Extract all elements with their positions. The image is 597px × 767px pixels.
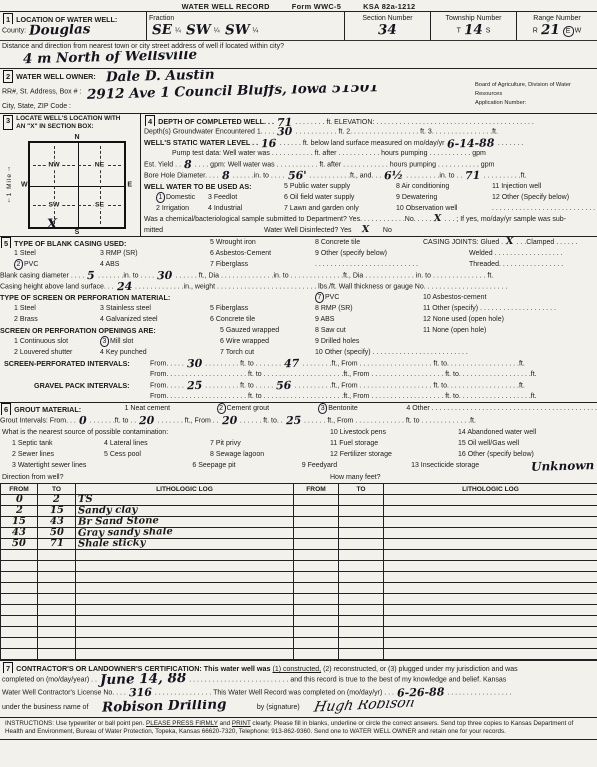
well-x-mark: X bbox=[47, 218, 57, 231]
contamination-option: 1 Septic tank bbox=[0, 438, 104, 449]
contamination-option: 12 Fertilizer storage bbox=[330, 449, 458, 460]
section-5-number: 5 bbox=[1, 237, 11, 248]
fraction-label: Fraction bbox=[149, 15, 174, 22]
screen-pvc-circled: 7 bbox=[315, 292, 324, 303]
form-title: WATER WELL RECORD bbox=[182, 2, 270, 11]
use-option: 4 Industrial bbox=[208, 203, 284, 214]
log-from: 43 bbox=[12, 528, 26, 538]
use-option: 6 Oil field water supply bbox=[284, 192, 396, 203]
casing-option: 9 Other (specify below) bbox=[315, 248, 423, 259]
est-yield-label: Est. Yield . . bbox=[144, 161, 181, 168]
certification-text-4: . . . . . . . . . . . . . . . . . bbox=[447, 689, 511, 696]
casing-diameter-value: 5 bbox=[87, 270, 95, 281]
township-label: Township Number bbox=[445, 15, 501, 22]
use-option: 9 Dewatering bbox=[396, 192, 492, 203]
table-row bbox=[1, 572, 597, 583]
bore-mid-2: . . . . . . . . . . .ft., and. . . bbox=[309, 172, 381, 179]
grout-mid-2: . . . . . . . ft., From . . bbox=[158, 417, 219, 424]
use-other-dots: . . . . . . . . . . . . . . . . . . . . … bbox=[492, 203, 597, 214]
township-value: 14 bbox=[464, 24, 483, 38]
completed-date-value: June 14, 88 bbox=[100, 673, 187, 687]
log-desc: Shale sticky bbox=[78, 539, 146, 550]
bore-mid-1: . . . . . .in. to . . . . bbox=[232, 172, 284, 179]
contamination-option: 13 Insecticide storage bbox=[411, 460, 528, 473]
use-option: 12 Other (Specify below) bbox=[492, 192, 597, 203]
table-row bbox=[1, 627, 597, 638]
range-west: W bbox=[575, 28, 582, 35]
groundwater-post: . . . . . . . . . . . ft. 2. . . . . . .… bbox=[296, 128, 498, 135]
openings-mill-slot-label: Mill slot bbox=[110, 338, 133, 345]
casing-diameter-post: . . . . . . ft., Dia . . . . . . . . . .… bbox=[175, 272, 493, 279]
lithologic-log-table: FROM TO LITHOLOGIC LOG FROM TO LITHOLOGI… bbox=[0, 483, 597, 660]
quadrant-sw-label: SW bbox=[47, 202, 62, 209]
log-desc: Gray sandy shale bbox=[78, 528, 173, 539]
grout-bentonite-circled: 3 bbox=[318, 403, 327, 414]
casing-joints-clamped-label: . . .Clamped . . . . . . bbox=[517, 239, 578, 246]
bore-post: . . . . . . . . . .ft. bbox=[484, 172, 527, 179]
static-level-label: WELL'S STATIC WATER LEVEL . . bbox=[144, 138, 258, 147]
openings-option: 8 Saw cut bbox=[315, 325, 423, 336]
range-label: Range Number bbox=[533, 15, 580, 22]
section-3-location-box: 3 LOCATE WELL'S LOCATION WITHAN "X" IN S… bbox=[0, 114, 141, 236]
screen-interval-post: . . . . . . . .ft., From . . . . . . . .… bbox=[302, 360, 525, 367]
gravel-pack-post: . . . . . . . . . .ft., From . . . . . .… bbox=[295, 382, 525, 389]
log-desc: Br Sand Stone bbox=[78, 517, 159, 528]
screen-interval-to-value: 47 bbox=[284, 358, 300, 369]
use-option: 8 Air conditioning bbox=[396, 181, 492, 192]
section-5-title: TYPE OF BLANK CASING USED: bbox=[14, 239, 126, 248]
how-many-feet-label: How many feet? bbox=[330, 473, 381, 483]
bore-mid-3: . . . . . . . . .in. to . . bbox=[406, 172, 462, 179]
screen-option: 3 Stainless steel bbox=[100, 303, 210, 314]
township-cell: Township Number T14S bbox=[430, 12, 516, 40]
depth-label: DEPTH OF COMPLETED WELL. . . bbox=[158, 117, 274, 126]
board-of-agriculture-label: Board of Agriculture, Division of Water … bbox=[475, 81, 596, 99]
log-to: 50 bbox=[49, 528, 63, 538]
use-option: 7 Lawn and garden only bbox=[284, 203, 396, 214]
openings-option: 2 Louvered shutter bbox=[0, 347, 100, 358]
casing-option: 3 RMP (SR) bbox=[100, 248, 210, 259]
screen-option: 12 None used (open hole) bbox=[423, 314, 597, 325]
instructions-block: INSTRUCTIONS: Use typewriter or ball poi… bbox=[0, 717, 597, 740]
static-level-date: 6-14-88 bbox=[447, 137, 495, 148]
gravel-pack-mid: . . . . . . . . . ft. to . . . . . bbox=[205, 382, 273, 389]
quarter-3: ¼ bbox=[252, 28, 258, 35]
log-header-row: FROM TO LITHOLOGIC LOG FROM TO LITHOLOGI… bbox=[1, 484, 597, 495]
table-row: 5071Shale sticky bbox=[1, 539, 597, 550]
distance-value: 4 m North of Wellsville bbox=[23, 51, 197, 67]
section-7-certification: 7CONTRACTOR'S OR LANDOWNER'S CERTIFICATI… bbox=[0, 660, 597, 717]
openings-title: SCREEN OR PERFORATION OPENINGS ARE: bbox=[0, 325, 210, 336]
contamination-option: 15 Oil well/Gas well bbox=[458, 438, 597, 449]
log-from: 0 bbox=[15, 495, 22, 505]
grout-from-1: 0 bbox=[79, 415, 87, 426]
section-1-title: LOCATION OF WATER WELL: bbox=[16, 15, 117, 24]
disinfected-no-label: No bbox=[383, 225, 392, 236]
section-2-owner: 2WATER WELL OWNER:Dale D. Austin RR#, St… bbox=[0, 68, 597, 113]
use-title: WELL WATER TO BE USED AS: bbox=[144, 181, 284, 192]
openings-option: 5 Gauzed wrapped bbox=[210, 325, 315, 336]
casing-diameter-mid: . . . . . . .in. to . . . . bbox=[98, 272, 154, 279]
fraction-cell: Fraction SE¼ SW¼ SW¼ bbox=[146, 12, 344, 40]
est-yield-post: . . . . gpm: Well water was . . . . . . … bbox=[195, 161, 495, 168]
grout-to-2: 25 bbox=[286, 415, 302, 426]
screen-option: 1 Steel bbox=[0, 303, 100, 314]
table-row bbox=[1, 616, 597, 627]
quarter-1: ¼ bbox=[175, 28, 181, 35]
use-option: 3 Feedlot bbox=[208, 192, 284, 203]
section-7-number: 7 bbox=[3, 662, 13, 673]
instructions-text: and bbox=[218, 720, 232, 727]
log-header-to: TO bbox=[339, 484, 384, 495]
gravel-pack-pre: From. . . . . bbox=[150, 382, 184, 389]
screen-interval-from-value: 30 bbox=[187, 358, 203, 369]
fraction-2-value: SW bbox=[186, 24, 211, 38]
by-signature-label: by (signature) bbox=[257, 704, 300, 711]
section-3-4-row: 3 LOCATE WELL'S LOCATION WITHAN "X" IN S… bbox=[0, 113, 597, 236]
grout-intervals-label: Grout Intervals: From. . . bbox=[0, 417, 76, 424]
instructions-print-underlined: PRINT bbox=[232, 720, 251, 727]
quadrant-nw: NW bbox=[30, 143, 79, 187]
application-number-label: Application Number: bbox=[475, 99, 596, 108]
certification-text-2: (2) reconstructed, or (3) plugged under … bbox=[321, 666, 517, 673]
sample-question: Was a chemical/bacteriological sample su… bbox=[144, 216, 431, 223]
log-to: 43 bbox=[49, 517, 63, 527]
table-row bbox=[1, 583, 597, 594]
contamination-other-value: Unknown bbox=[531, 460, 595, 473]
contamination-option: 11 Fuel storage bbox=[330, 438, 458, 449]
casing-option: 7 Fiberglass bbox=[210, 259, 315, 270]
record-completed-label: . . . . . . . . . . . . . . . This Water… bbox=[155, 689, 394, 696]
table-row bbox=[1, 594, 597, 605]
business-name-label: under the business name of bbox=[2, 704, 88, 711]
range-value: 21 bbox=[541, 24, 560, 38]
casing-joints-threaded-label: Threaded. . . . . . . . . . . . . . . . … bbox=[423, 259, 597, 270]
disinfected-yes-x-mark: X bbox=[361, 225, 369, 236]
address-value: 2912 Ave 1 Council Bluffs, Iowa 51501 bbox=[87, 85, 379, 101]
use-option: 2 Irrigation bbox=[144, 203, 208, 214]
table-row bbox=[1, 649, 597, 660]
address-label: RR#, St. Address, Box # : bbox=[2, 89, 81, 96]
casing-other-dots: . . . . . . . . . . . . . . . . . . . . … bbox=[315, 259, 423, 270]
contamination-option: 10 Livestock pens bbox=[330, 427, 458, 438]
table-row bbox=[1, 638, 597, 649]
quadrant-nw-label: NW bbox=[46, 161, 61, 168]
disinfected-question: Water Well Disinfected? Yes bbox=[264, 225, 352, 236]
contamination-option: 2 Sewer lines bbox=[0, 449, 104, 460]
use-option: 11 Injection well bbox=[492, 181, 597, 192]
bore-diameter-label: Bore Hole Diameter. . . . bbox=[144, 172, 219, 179]
section-3-title-line1: LOCATE WELL'S LOCATION WITH bbox=[16, 115, 120, 123]
depth-post: . . . . . . . . ft. ELEVATION: . . . . .… bbox=[295, 119, 534, 126]
compass-north-label: N bbox=[74, 134, 79, 141]
grout-mid-3: . . . . . . ft. to. . bbox=[240, 417, 283, 424]
grout-other-label: 4 Other . . . . . . . . . . . . . . . . … bbox=[406, 403, 597, 415]
casing-option: 1 Steel bbox=[0, 248, 100, 259]
gravel-pack-row2: From. . . . . . . . . . . . . . . . . . … bbox=[150, 391, 597, 402]
certification-text-3: . . . . . . . . . . . . . . . . . . . . … bbox=[189, 677, 506, 684]
screen-material-title: TYPE OF SCREEN OR PERFORATION MATERIAL: bbox=[0, 292, 315, 303]
log-header-to: TO bbox=[38, 484, 76, 495]
distance-row: Distance and direction from nearest town… bbox=[0, 40, 597, 68]
casing-option: 8 Concrete tile bbox=[315, 237, 423, 248]
quadrant-ne: NE bbox=[75, 143, 124, 187]
contamination-option: 7 Pit privy bbox=[210, 438, 330, 449]
contamination-option: 9 Feedyard bbox=[302, 460, 411, 473]
owner-block: 2WATER WELL OWNER:Dale D. Austin RR#, St… bbox=[0, 69, 475, 113]
instructions-press-firmly-underlined: PLEASE PRESS FIRMLY bbox=[146, 720, 218, 727]
openings-option: 11 None (open hole) bbox=[423, 325, 597, 336]
bore-diameter-2: 6½ bbox=[384, 170, 403, 181]
section-number-value: 34 bbox=[378, 24, 397, 38]
contamination-option: 14 Abandoned water well bbox=[458, 427, 597, 438]
compass-south-label: S bbox=[75, 229, 80, 236]
section-4-well-data: 4DEPTH OF COMPLETED WELL. . .71. . . . .… bbox=[141, 114, 597, 236]
openings-option: 4 Key punched bbox=[100, 347, 210, 358]
range-east-circled: E bbox=[563, 26, 574, 37]
screen-option: 10 Asbestos-cement bbox=[423, 292, 597, 303]
grout-cement-circled: 2 bbox=[217, 403, 226, 414]
distance-label: Distance and direction from nearest town… bbox=[2, 43, 284, 50]
log-from: 50 bbox=[12, 539, 26, 549]
grout-to-1: 20 bbox=[139, 415, 155, 426]
instructions-text: INSTRUCTIONS: Use typewriter or ball poi… bbox=[5, 720, 146, 727]
county-label: County: bbox=[2, 28, 26, 35]
township-s: S bbox=[486, 28, 491, 35]
section-2-number: 2 bbox=[3, 70, 13, 83]
screen-option: 4 Galvanized steel bbox=[100, 314, 210, 325]
table-row bbox=[1, 550, 597, 561]
static-level-mid: . . . . . . ft. below land surface measu… bbox=[280, 140, 445, 147]
quadrant-se-label: SE bbox=[93, 202, 106, 209]
use-domestic-circled: 1 bbox=[156, 192, 165, 203]
grout-cement-label: Cement grout bbox=[227, 405, 269, 412]
license-number-value: 316 bbox=[129, 687, 152, 698]
signature-value: Hugh Robison bbox=[313, 700, 416, 714]
quadrant-se: SE bbox=[75, 183, 124, 227]
section-4-number: 4 bbox=[145, 115, 155, 126]
static-level-post: . . . . . . . bbox=[498, 140, 523, 147]
table-row: 215Sandy clay bbox=[1, 506, 597, 517]
casing-height-label: Casing height above land surface. . . bbox=[0, 283, 114, 290]
est-yield-value: 8 bbox=[184, 159, 192, 170]
record-completed-date-value: 6-26-88 bbox=[397, 687, 445, 699]
screen-interval-mid: . . . . . . . . . ft. to . . . . . . . bbox=[205, 360, 281, 367]
sample-question-cont: mitted bbox=[144, 225, 264, 236]
use-domestic-label: Domestic bbox=[166, 194, 195, 201]
screen-option: 8 RMP (SR) bbox=[315, 303, 423, 314]
log-header-lithologic: LITHOLOGIC LOG bbox=[76, 484, 294, 495]
openings-mill-slot-circled: 3 bbox=[100, 336, 109, 347]
form-header: WATER WELL RECORDForm WWC-5KSA 82a-1212 bbox=[0, 0, 597, 11]
grout-post: . . . . . . ft., From . . . . . . . . . … bbox=[304, 417, 476, 424]
section-number-cell: Section Number 34 bbox=[344, 12, 430, 40]
form-statute: KSA 82a-1212 bbox=[363, 2, 415, 11]
water-well-record-form: WATER WELL RECORDForm WWC-5KSA 82a-1212 … bbox=[0, 0, 597, 767]
casing-joints-glued-x: X bbox=[506, 237, 514, 247]
casing-height-post: . . . . . . . . . . . . .in., weight . .… bbox=[135, 283, 507, 290]
groundwater-label: Depth(s) Groundwater Encountered 1. . . … bbox=[144, 128, 274, 135]
compass-east-label: E bbox=[127, 182, 132, 189]
certification-constructed-underlined: (1) constructed, bbox=[273, 666, 322, 673]
log-header-from: FROM bbox=[294, 484, 339, 495]
grout-bentonite-label: Bentonite bbox=[328, 405, 358, 412]
casing-pvc-circled: 2 bbox=[14, 259, 23, 270]
direction-from-well-label: Direction from well? bbox=[0, 473, 330, 483]
contamination-title: What is the nearest source of possible c… bbox=[0, 427, 330, 438]
log-from: 2 bbox=[15, 506, 22, 516]
board-block: Board of Agriculture, Division of Water … bbox=[475, 69, 597, 113]
bore-diameter-1: 8 bbox=[222, 170, 230, 181]
section-2-title: WATER WELL OWNER: bbox=[16, 72, 96, 81]
sample-post: . . . ; If yes, mo/day/yr sample was sub… bbox=[445, 216, 566, 223]
casing-pvc-label: PVC bbox=[24, 261, 38, 268]
township-t: T bbox=[457, 28, 461, 35]
contamination-option: 4 Lateral lines bbox=[104, 438, 210, 449]
bore-depth-2: 71 bbox=[465, 170, 481, 181]
casing-depth-value: 30 bbox=[157, 270, 173, 281]
county-value: Douglas bbox=[29, 24, 91, 38]
contamination-option: 5 Cess pool bbox=[104, 449, 210, 460]
section-6-title: GROUT MATERIAL: bbox=[14, 405, 81, 414]
quadrant-ne-label: NE bbox=[93, 161, 106, 168]
section-3-number: 3 bbox=[3, 115, 13, 130]
casing-height-value: 24 bbox=[116, 281, 132, 292]
compass-west-label: W bbox=[21, 182, 28, 189]
screen-option: 2 Brass bbox=[0, 314, 100, 325]
screen-interval-pre: From. . . . . bbox=[150, 360, 184, 367]
use-option: 5 Public water supply bbox=[284, 181, 396, 192]
section-box-diagram: ↑ 1 Mile ↓ N S W E NW NE SWX SE bbox=[2, 141, 138, 229]
casing-option: 4 ABS bbox=[100, 259, 210, 270]
contamination-option: 3 Watertight sewer lines bbox=[0, 460, 192, 473]
bore-depth-1: 56' bbox=[287, 170, 306, 181]
business-name-value: Robison Drilling bbox=[102, 700, 227, 715]
grout-mid-1: . . . . . . .ft. to . . bbox=[90, 417, 137, 424]
screen-option: 5 Fiberglass bbox=[210, 303, 315, 314]
log-to: 2 bbox=[53, 495, 60, 505]
static-level-value: 16 bbox=[261, 137, 277, 148]
table-row: 4350Gray sandy shale bbox=[1, 528, 597, 539]
screen-option: 11 Other (specify) . . . . . . . . . . .… bbox=[423, 303, 597, 314]
section-square: N S W E NW NE SWX SE bbox=[28, 141, 126, 229]
section-3-title-line2: AN "X" IN SECTION BOX: bbox=[16, 123, 120, 131]
quadrant-sw: SWX bbox=[30, 183, 79, 227]
depth-value: 71 bbox=[277, 116, 293, 126]
range-cell: Range Number R21EW bbox=[516, 12, 597, 40]
completed-on-label: completed on (mo/day/year) . . bbox=[2, 677, 97, 684]
log-to: 15 bbox=[49, 506, 63, 516]
casing-option: 6 Asbestos-Cement bbox=[210, 248, 315, 259]
openings-option: 1 Continuous slot bbox=[0, 336, 100, 347]
county-cell: 1LOCATION OF WATER WELL: County:Douglas bbox=[0, 12, 146, 40]
casing-option: 5 Wrought iron bbox=[210, 237, 315, 248]
fraction-3-value: SW bbox=[224, 24, 249, 38]
screen-option: 9 ABS bbox=[315, 314, 423, 325]
contamination-option: 8 Sewage lagoon bbox=[210, 449, 330, 460]
gravel-pack-label: GRAVEL PACK INTERVALS: bbox=[0, 380, 150, 391]
section-5-casing: 5TYPE OF BLANK CASING USED:5 Wrought iro… bbox=[0, 236, 597, 402]
openings-option: 9 Drilled holes bbox=[315, 336, 423, 347]
mile-arrow-down-icon: ↓ bbox=[7, 197, 11, 204]
screen-interval-row2: From. . . . . . . . . . . . . . . . . . … bbox=[150, 369, 597, 380]
gravel-pack-from-value: 25 bbox=[187, 380, 203, 391]
screen-intervals-label: SCREEN-PERFORATED INTERVALS: bbox=[0, 358, 150, 369]
table-row: 1543Br Sand Stone bbox=[1, 517, 597, 528]
log-header-from: FROM bbox=[1, 484, 38, 495]
owner-name-value: Dale D. Austin bbox=[106, 70, 215, 85]
openings-option: 10 Other (specify) . . . . . . . . . . .… bbox=[315, 347, 597, 358]
mile-label: 1 Mile bbox=[6, 173, 13, 196]
quarter-2: ¼ bbox=[214, 28, 220, 35]
casing-diameter-label: Blank casing diameter . . . . bbox=[0, 272, 84, 279]
use-option: 10 Observation well bbox=[396, 203, 492, 214]
gravel-pack-to-value: 56 bbox=[276, 380, 292, 391]
city-label: City, State, ZIP Code : bbox=[2, 103, 71, 110]
openings-option: 6 Wire wrapped bbox=[210, 336, 315, 347]
grout-from-2: 20 bbox=[221, 415, 237, 426]
table-row bbox=[1, 561, 597, 572]
range-r: R bbox=[533, 28, 538, 35]
section-6-grout: 6GROUT MATERIAL:1 Neat cement2Cement gro… bbox=[0, 402, 597, 483]
contamination-option: 16 Other (specify below) bbox=[458, 449, 597, 460]
groundwater-1-value: 30 bbox=[277, 126, 293, 137]
casing-joints-glued-label: CASING JOINTS: Glued . bbox=[423, 239, 503, 246]
log-to: 71 bbox=[49, 539, 63, 549]
mile-scale: ↑ 1 Mile ↓ bbox=[2, 141, 16, 229]
fraction-1-value: SE bbox=[152, 24, 172, 38]
log-desc: Sandy clay bbox=[78, 506, 138, 517]
section-1-location: 1LOCATION OF WATER WELL: County:Douglas … bbox=[0, 11, 597, 40]
table-row bbox=[1, 605, 597, 616]
grout-option: 1 Neat cement bbox=[125, 403, 217, 415]
log-header-lithologic: LITHOLOGIC LOG bbox=[384, 484, 597, 495]
screen-option: 6 Concrete tile bbox=[210, 314, 315, 325]
section-number-label: Section Number bbox=[362, 15, 412, 22]
certification-text-1: CONTRACTOR'S OR LANDOWNER'S CERTIFICATIO… bbox=[16, 664, 272, 673]
section-1-number: 1 bbox=[3, 13, 13, 24]
license-label: Water Well Contractor's License No. . . … bbox=[2, 689, 126, 696]
form-number: Form WWC-5 bbox=[292, 2, 341, 11]
log-desc: TS bbox=[78, 495, 93, 505]
table-row: 02TS bbox=[1, 495, 597, 506]
screen-pvc-label: PVC bbox=[325, 294, 339, 301]
sample-no-x-mark: X bbox=[434, 214, 442, 224]
casing-joints-welded-label: Welded . . . . . . . . . . . . . . . . .… bbox=[423, 248, 597, 259]
pump-test-label: Pump test data: Well water was . . . . .… bbox=[172, 150, 486, 157]
section-6-number: 6 bbox=[1, 403, 11, 415]
log-from: 15 bbox=[12, 517, 26, 527]
openings-option: 7 Torch cut bbox=[210, 347, 315, 358]
